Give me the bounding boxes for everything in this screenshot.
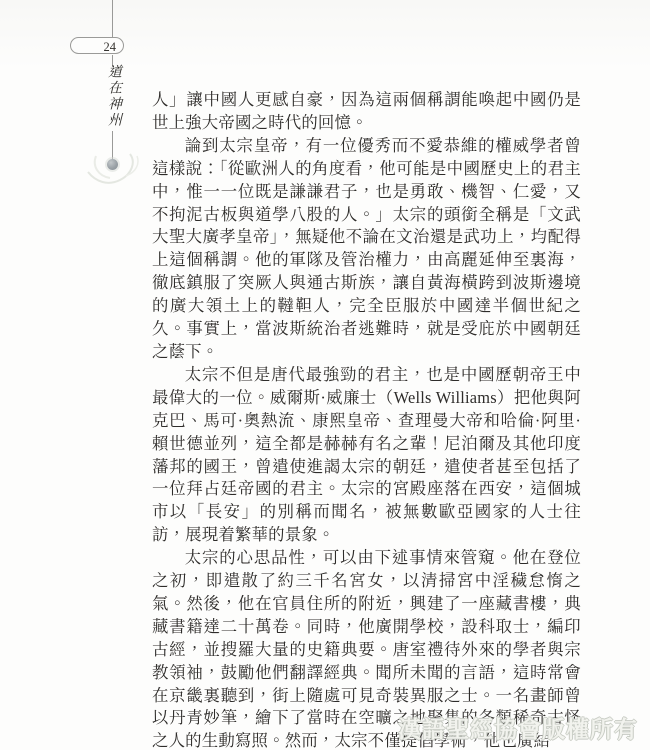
body-text: 人」讓中國人更感自豪，因為這兩個稱謂能喚起中國仍是世上強大帝國之時代的回憶。論到… — [152, 89, 581, 750]
page-number-tab: 24 — [70, 37, 124, 54]
book-page: 24 道在神州 人」讓中國人更感自豪，因為這兩個稱謂能喚起中國仍是世上強大帝國之… — [0, 0, 650, 750]
page-number: 24 — [104, 40, 124, 55]
spine-rule-top — [112, 0, 113, 37]
copyright-watermark: 漢語聖經協會版權所有 — [398, 711, 638, 744]
section-dot-ornament — [107, 159, 118, 170]
body-paragraph: 人」讓中國人更感自豪，因為這兩個稱謂能喚起中國仍是世上強大帝國之時代的回憶。 — [152, 89, 581, 135]
body-paragraph: 論到太宗皇帝，有一位優秀而不愛恭維的權威學者曾這樣說：「從歐洲人的角度看，他可能… — [152, 135, 581, 364]
book-title-vertical: 道在神州 — [104, 64, 122, 128]
body-paragraph: 太宗不但是唐代最強勁的君主，也是中國歷朝帝王中最偉大的一位。威爾斯·威廉士（We… — [152, 364, 581, 547]
